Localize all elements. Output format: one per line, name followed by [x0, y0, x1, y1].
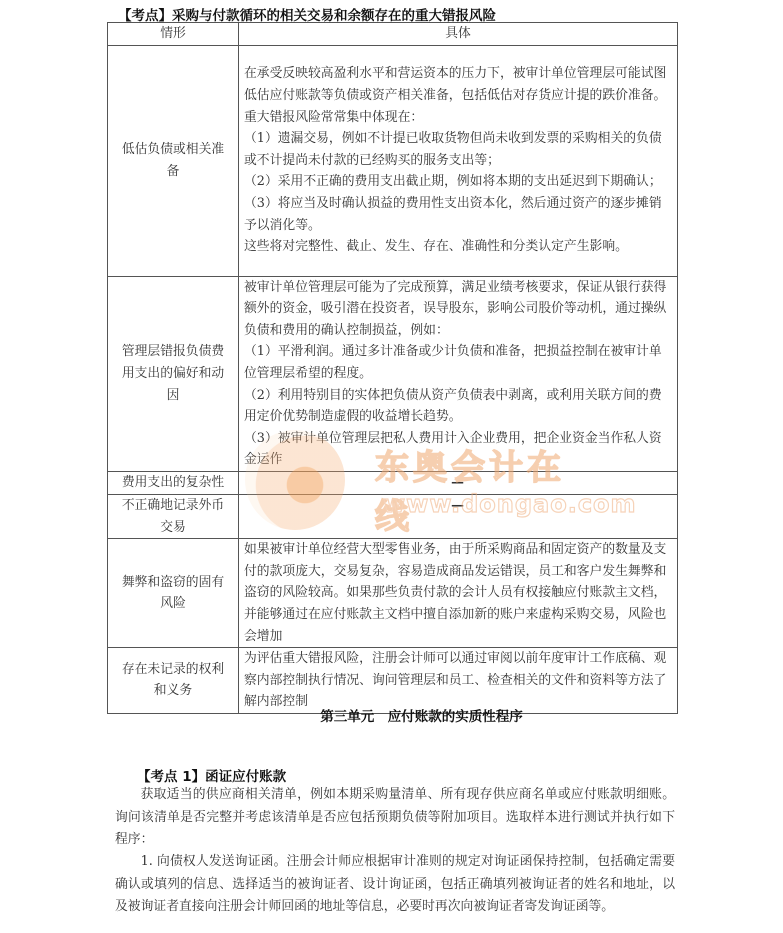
situation-cell: 舞弊和盗窃的固有风险	[108, 539, 239, 648]
table-row: 不正确地记录外币交易 —	[108, 494, 678, 538]
unit-title: 第三单元 应付账款的实质性程序	[0, 705, 783, 725]
table-row: 费用支出的复杂性 —	[108, 471, 678, 494]
details-line: （2）利用特别目的实体把负债从资产负债表中剥离，或利用关联方间的费用定价优势制造…	[244, 385, 671, 428]
body-paragraph: 获取适当的供应商相关清单，例如本期采购量清单、所有现存供应商名单或应付账款明细账…	[115, 784, 675, 852]
details-cell-empty-dash: —	[239, 494, 678, 538]
table-row: 存在未记录的权利和义务 为评估重大错报风险，注册会计师可以通过审阅以前年度审计工…	[108, 648, 678, 714]
details-cell: 如果被审计单位经营大型零售业务，由于所采购商品和固定资产的数量及支付的款项庞大，…	[239, 539, 678, 648]
details-line: 被审计单位管理层可能为了完成预算，满足业绩考核要求，保证从银行获得额外的资金，吸…	[244, 277, 671, 342]
risk-table: 情形 具体 低估负债或相关准备 在承受反映较高盈利水平和营运资本的压力下，被审计…	[107, 22, 678, 714]
details-line: 这些将对完整性、截止、发生、存在、准确性和分类认定产生影响。	[244, 236, 671, 258]
details-line: （2）采用不正确的费用支出截止期，例如将本期的支出延迟到下期确认；	[244, 171, 671, 193]
details-cell: 为评估重大错报风险，注册会计师可以通过审阅以前年度审计工作底稿、观察内部控制执行…	[239, 648, 678, 714]
table-row: 舞弊和盗窃的固有风险 如果被审计单位经营大型零售业务，由于所采购商品和固定资产的…	[108, 539, 678, 648]
details-line: （1）平滑利润。通过多计准备或少计负债和准备，把损益控制在被审计单位管理层希望的…	[244, 341, 671, 384]
details-line: 重大错报风险常常集中体现在：	[244, 107, 671, 129]
situation-cell: 管理层错报负债费用支出的偏好和动因	[108, 276, 239, 471]
situation-cell: 存在未记录的权利和义务	[108, 648, 239, 714]
details-line: 为评估重大错报风险，注册会计师可以通过审阅以前年度审计工作底稿、观察内部控制执行…	[244, 648, 671, 713]
column-header-details: 具体	[239, 23, 678, 46]
situation-cell: 费用支出的复杂性	[108, 471, 239, 494]
column-header-situation: 情形	[108, 23, 239, 46]
table-header-row: 情形 具体	[108, 23, 678, 46]
details-line: 如果被审计单位经营大型零售业务，由于所采购商品和固定资产的数量及支付的款项庞大，…	[244, 539, 671, 647]
details-cell-empty-dash: —	[239, 471, 678, 494]
details-line: 在承受反映较高盈利水平和营运资本的压力下，被审计单位管理层可能试图低估应付账款等…	[244, 63, 671, 106]
body-paragraph: 1. 向债权人发送询证函。注册会计师应根据审计准则的规定对询证函保持控制，包括确…	[115, 851, 675, 919]
details-cell: 被审计单位管理层可能为了完成预算，满足业绩考核要求，保证从银行获得额外的资金，吸…	[239, 276, 678, 471]
details-line: （3）将应当及时确认损益的费用性支出资本化，然后通过资产的逐步摊销予以消化等。	[244, 193, 671, 236]
table-row: 低估负债或相关准备 在承受反映较高盈利水平和营运资本的压力下，被审计单位管理层可…	[108, 45, 678, 276]
situation-cell: 低估负债或相关准备	[108, 45, 239, 276]
details-cell: 在承受反映较高盈利水平和营运资本的压力下，被审计单位管理层可能试图低估应付账款等…	[239, 45, 678, 276]
situation-cell: 不正确地记录外币交易	[108, 494, 239, 538]
kaodian-title: 【考点 1】函证应付账款	[137, 765, 286, 785]
section-heading-risk: 【考点】采购与付款循环的相关交易和余额存在的重大错报风险	[118, 4, 496, 24]
table-row: 管理层错报负债费用支出的偏好和动因 被审计单位管理层可能为了完成预算，满足业绩考…	[108, 276, 678, 471]
details-line: （1）遗漏交易，例如不计提已收取货物但尚未收到发票的采购相关的负债或不计提尚未付…	[244, 128, 671, 171]
details-line: （3）被审计单位管理层把私人费用计入企业费用，把企业资金当作私人资金运作	[244, 428, 671, 471]
